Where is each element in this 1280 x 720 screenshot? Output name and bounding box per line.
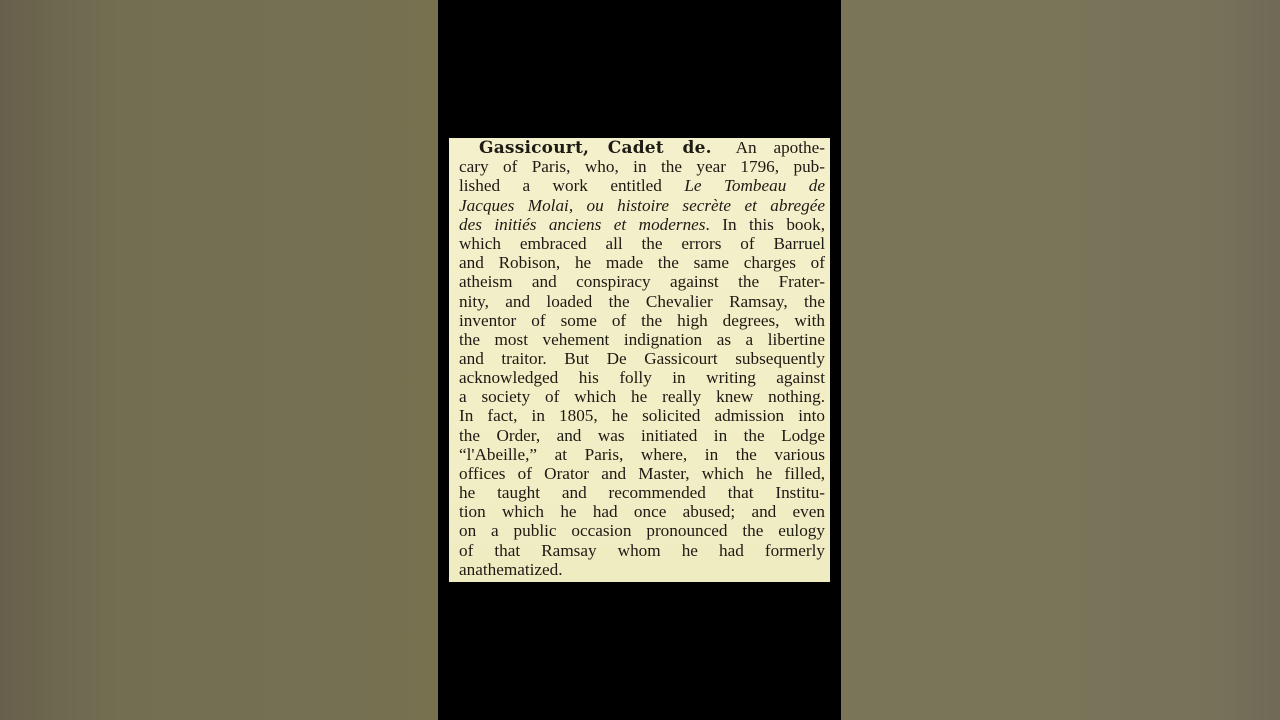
text-segment: An apothe- [736,138,825,157]
text-segment: the most vehement indignation as a liber… [459,330,825,349]
text-line: which embraced all the errors of Barruel [459,234,825,254]
text-segment: lished a work entitled [459,176,684,195]
text-segment: acknowledged his folly in writing agains… [459,368,825,387]
text-segment: and traitor. But De Gassicourt subsequen… [459,349,825,368]
text-line: the Order, and was initiated in the Lodg… [459,426,825,446]
text-line: cary of Paris, who, in the year 1796, pu… [459,157,825,177]
text-line: anathematized. [459,560,825,580]
text-line: of that Ramsay whom he had formerly [459,541,825,561]
text-line: In fact, in 1805, he solicited admission… [459,406,825,426]
text-line: inventor of some of the high degrees, wi… [459,311,825,331]
text-line: the most vehement indignation as a liber… [459,330,825,350]
text-line: he taught and recommended that Institu- [459,483,825,503]
text-segment: the Order, and was initiated in the Lodg… [459,426,825,445]
text-line: “l'Abeille,” at Paris, where, in the var… [459,445,825,465]
text-segment: of that Ramsay whom he had formerly [459,541,825,560]
text-line: Jacques Molai, ou histoire secrète et ab… [459,196,825,216]
text-line: on a public occasion pronounced the eulo… [459,521,825,541]
text-line: Gassicourt, Cadet de. An apothe- [479,138,825,158]
encyclopedia-clipping: Gassicourt, Cadet de. An apothe- cary of… [449,138,830,582]
text-segment: and Robison, he made the same charges of [459,253,825,272]
text-segment: inventor of some of the high degrees, wi… [459,311,825,330]
text-segment: a society of which he really knew nothin… [459,387,825,406]
text-segment: he taught and recommended that Institu- [459,483,825,502]
text-line: lished a work entitled Le Tombeau de [459,176,825,196]
book-title-italic: Le Tombeau de [684,176,825,195]
text-segment: cary of Paris, who, in the year 1796, pu… [459,157,825,176]
text-segment: which embraced all the errors of Barruel [459,234,825,253]
book-title-italic: Jacques Molai, ou histoire secrète et ab… [459,196,825,215]
text-segment: tion which he had once abused; and even [459,502,825,521]
entry-headword: Gassicourt, Cadet de. [479,138,712,158]
text-segment: anathematized. [459,560,563,579]
text-segment: offices of Orator and Master, which he f… [459,464,825,483]
text-line: nity, and loaded the Chevalier Ramsay, t… [459,292,825,312]
text-line: atheism and conspiracy against the Frate… [459,272,825,292]
book-title-italic: des initiés anciens et modernes [459,215,706,234]
text-segment: In fact, in 1805, he solicited admission… [459,406,825,425]
text-segment: . In this book, [706,215,826,234]
text-line: des initiés anciens et modernes. In this… [459,215,825,235]
text-line: acknowledged his folly in writing agains… [459,368,825,388]
blurred-background-right [841,0,1280,720]
text-line: offices of Orator and Master, which he f… [459,464,825,484]
text-segment: on a public occasion pronounced the eulo… [459,521,825,540]
text-segment: nity, and loaded the Chevalier Ramsay, t… [459,292,825,311]
text-line: and traitor. But De Gassicourt subsequen… [459,349,825,369]
text-line: a society of which he really knew nothin… [459,387,825,407]
text-segment: atheism and conspiracy against the Frate… [459,272,825,291]
text-segment: “l'Abeille,” at Paris, where, in the var… [459,445,825,464]
blurred-background-left [0,0,438,720]
text-line: tion which he had once abused; and even [459,502,825,522]
text-line: and Robison, he made the same charges of [459,253,825,273]
video-frame: Gassicourt, Cadet de. An apothe- cary of… [0,0,1280,720]
